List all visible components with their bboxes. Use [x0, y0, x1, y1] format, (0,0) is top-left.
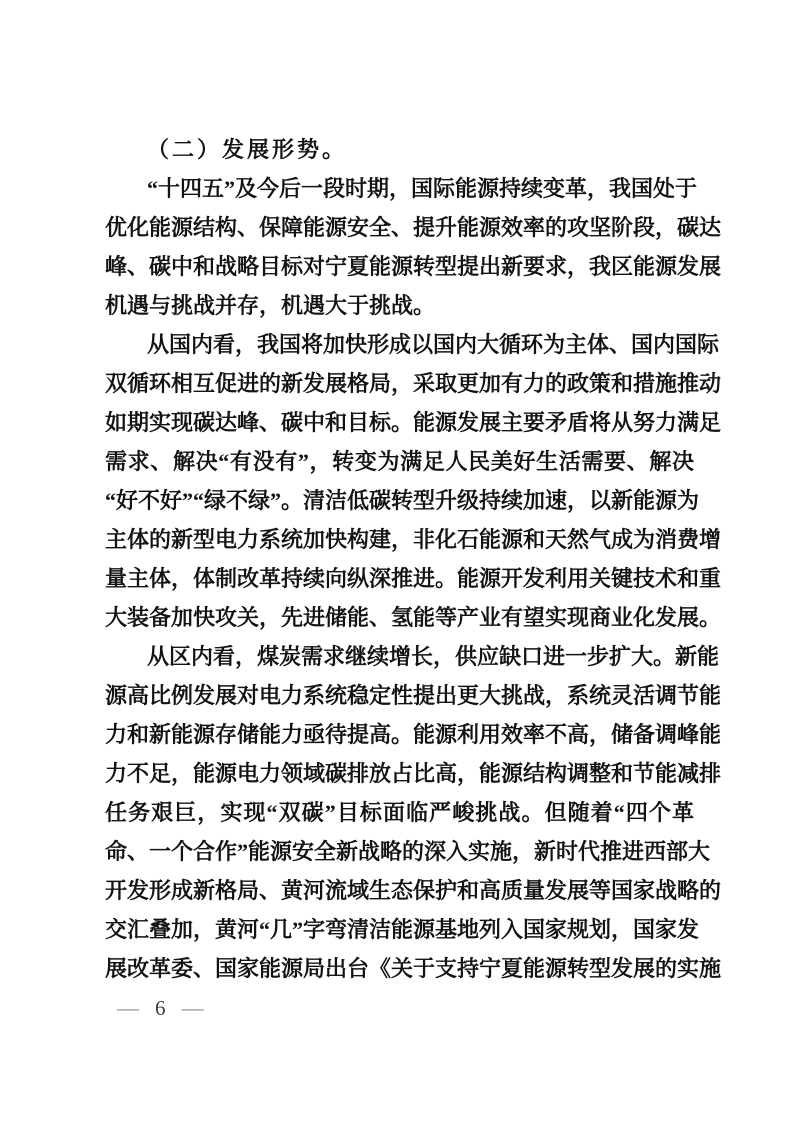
text-line: “十四五”及今后一段时期，国际能源持续变革，我国处于	[105, 169, 694, 208]
text-line: 需求、解决“有没有”，转变为满足人民美好生活需要、解决	[105, 442, 694, 481]
paragraph: 从区内看，煤炭需求继续增长，供应缺口进一步扩大。新能 源高比例发展对电力系统稳定…	[105, 637, 694, 988]
paragraph: “十四五”及今后一段时期，国际能源持续变革，我国处于 优化能源结构、保障能源安全…	[105, 169, 694, 325]
text-line: 如期实现碳达峰、碳中和目标。能源发展主要矛盾将从努力满足	[105, 403, 694, 442]
section-heading: （二）发展形势。	[105, 130, 694, 169]
page-footer: — 6 —	[117, 996, 204, 1020]
text-line: 主体的新型电力系统加快构建，非化石能源和天然气成为消费增	[105, 520, 694, 559]
text-line: 峰、碳中和战略目标对宁夏能源转型提出新要求，我区能源发展	[105, 247, 694, 286]
paragraph: 从国内看，我国将加快形成以国内大循环为主体、国内国际 双循环相互促进的新发展格局…	[105, 325, 694, 637]
text-line: 机遇与挑战并存，机遇大于挑战。	[105, 286, 694, 325]
footer-dash-right: —	[182, 996, 204, 1020]
text-line: 命、一个合作”能源安全新战略的深入实施，新时代推进西部大	[105, 832, 694, 871]
text-line: 大装备加快攻关，先进储能、氢能等产业有望实现商业化发展。	[105, 598, 694, 637]
footer-page-number: 6	[155, 996, 166, 1020]
text-line: 开发形成新格局、黄河流域生态保护和高质量发展等国家战略的	[105, 871, 694, 910]
document-page: （二）发展形势。 “十四五”及今后一段时期，国际能源持续变革，我国处于 优化能源…	[0, 0, 794, 1123]
text-line: 交汇叠加，黄河“几”字弯清洁能源基地列入国家规划，国家发	[105, 910, 694, 949]
text-line: 优化能源结构、保障能源安全、提升能源效率的攻坚阶段，碳达	[105, 208, 694, 247]
text-line: 力和新能源存储能力亟待提高。能源利用效率不高，储备调峰能	[105, 715, 694, 754]
text-line: 从区内看，煤炭需求继续增长，供应缺口进一步扩大。新能	[105, 637, 694, 676]
text-line: 量主体，体制改革持续向纵深推进。能源开发利用关键技术和重	[105, 559, 694, 598]
text-line: 从国内看，我国将加快形成以国内大循环为主体、国内国际	[105, 325, 694, 364]
text-line: 任务艰巨，实现“双碳”目标面临严峻挑战。但随着“四个革	[105, 793, 694, 832]
document-body: （二）发展形势。 “十四五”及今后一段时期，国际能源持续变革，我国处于 优化能源…	[105, 130, 694, 988]
text-line: “好不好”“绿不绿”。清洁低碳转型升级持续加速，以新能源为	[105, 481, 694, 520]
text-line: 双循环相互促进的新发展格局，采取更加有力的政策和措施推动	[105, 364, 694, 403]
text-line: 展改革委、国家能源局出台《关于支持宁夏能源转型发展的实施	[105, 949, 694, 988]
footer-dash-left: —	[117, 996, 139, 1020]
text-line: 力不足，能源电力领域碳排放占比高，能源结构调整和节能减排	[105, 754, 694, 793]
text-line: 源高比例发展对电力系统稳定性提出更大挑战，系统灵活调节能	[105, 676, 694, 715]
